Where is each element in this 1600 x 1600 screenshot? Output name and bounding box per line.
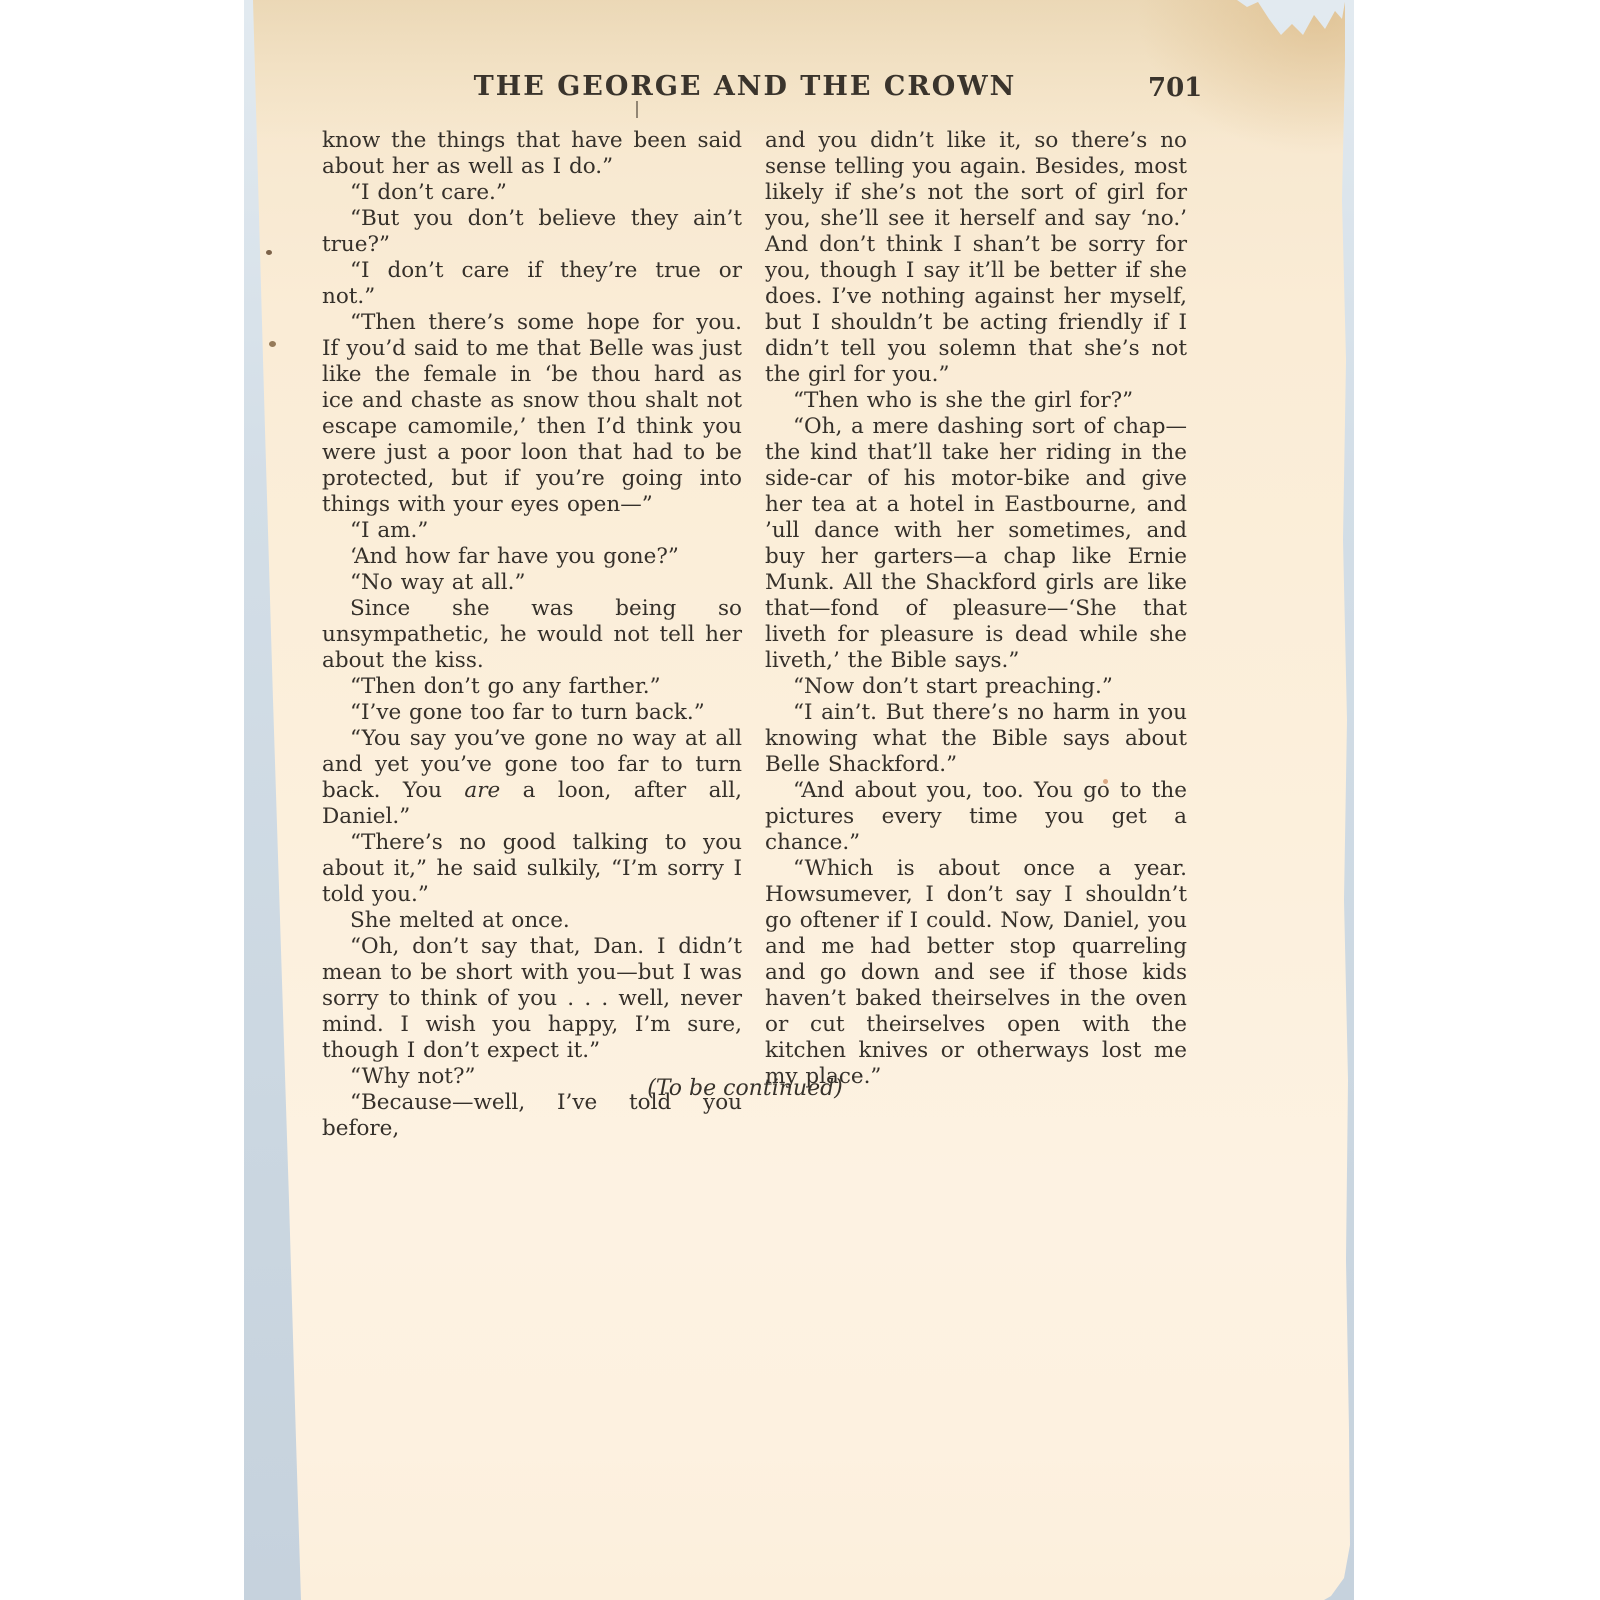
paragraph: “I ain’t. But there’s no harm in you kno… <box>765 700 1187 778</box>
body-text: ‘And how far have you gone?” <box>350 544 679 569</box>
paragraph: “Which is about once a year. Howsumever,… <box>765 856 1187 1090</box>
body-text: “No way at all.” <box>350 570 525 595</box>
paragraph: “Oh, a mere dashing sort of chap—the kin… <box>765 414 1187 674</box>
paragraph: “Then there’s some hope for you. If you’… <box>322 310 742 518</box>
body-text: know the things that have been said abou… <box>322 128 742 179</box>
body-text: “And about you, too. You go to the pictu… <box>765 778 1187 855</box>
paragraph: “And about you, too. You go to the pictu… <box>765 778 1187 856</box>
body-text: “Oh, a mere dashing sort of chap—the kin… <box>765 414 1187 673</box>
body-text: “Oh, don’t say that, Dan. I didn’t mean … <box>322 934 742 1063</box>
running-head-title: THE GEORGE AND THE CROWN <box>322 70 1168 104</box>
column-left: know the things that have been said abou… <box>322 128 742 1142</box>
paragraph: “I’ve gone too far to turn back.” <box>322 700 742 726</box>
body-text: “I don’t care if they’re true or not.” <box>322 258 742 309</box>
paragraph: “I don’t care if they’re true or not.” <box>322 258 742 310</box>
to-be-continued-note: (To be continued) <box>322 1076 1168 1101</box>
body-text: “Now don’t start preaching.” <box>793 674 1113 699</box>
body-text: “Then don’t go any farther.” <box>350 674 661 699</box>
body-text: “I don’t care.” <box>350 180 507 205</box>
body-text: and you didn’t like it, so there’s no se… <box>765 128 1187 387</box>
paper-speck <box>269 341 276 347</box>
paragraph: ‘And how far have you gone?” <box>322 544 742 570</box>
paper-speck <box>266 250 272 255</box>
body-text: “Then there’s some hope for you. If you’… <box>322 310 742 517</box>
paragraph: “Oh, don’t say that, Dan. I didn’t mean … <box>322 934 742 1064</box>
body-text: “But you don’t believe they ain’t true?” <box>322 206 742 257</box>
paragraph: know the things that have been said abou… <box>322 128 742 180</box>
paragraph: Since she was being so unsympathetic, he… <box>322 596 742 674</box>
paper-page: THE GEORGE AND THE CROWN 701 know the th… <box>0 0 1600 1600</box>
paragraph: “But you don’t believe they ain’t true?” <box>322 206 742 258</box>
body-text: “Which is about once a year. Howsumever,… <box>765 856 1187 1089</box>
scanned-page: THE GEORGE AND THE CROWN 701 know the th… <box>0 0 1600 1600</box>
paragraph: “You say you’ve gone no way at all and y… <box>322 726 742 830</box>
body-text: She melted at once. <box>350 908 570 933</box>
italic-text: are <box>464 778 500 803</box>
paragraph: “No way at all.” <box>322 570 742 596</box>
body-text: “I’ve gone too far to turn back.” <box>350 700 705 725</box>
paragraph: “There’s no good talking to you about it… <box>322 830 742 908</box>
body-text: “There’s no good talking to you about it… <box>322 830 742 907</box>
paragraph: “I am.” <box>322 518 742 544</box>
page-number: 701 <box>1148 72 1208 104</box>
paragraph: “Then who is she the girl for?” <box>765 388 1187 414</box>
body-text: “I am.” <box>350 518 428 543</box>
paragraph: “Then don’t go any farther.” <box>322 674 742 700</box>
paragraph: and you didn’t like it, so there’s no se… <box>765 128 1187 388</box>
body-text: Since she was being so unsympathetic, he… <box>322 596 742 673</box>
paragraph: “Now don’t start preaching.” <box>765 674 1187 700</box>
paragraph: “I don’t care.” <box>322 180 742 206</box>
paragraph: She melted at once. <box>322 908 742 934</box>
body-text: “I ain’t. But there’s no harm in you kno… <box>765 700 1187 777</box>
column-right: and you didn’t like it, so there’s no se… <box>765 128 1187 1090</box>
body-text: “Then who is she the girl for?” <box>793 388 1133 413</box>
